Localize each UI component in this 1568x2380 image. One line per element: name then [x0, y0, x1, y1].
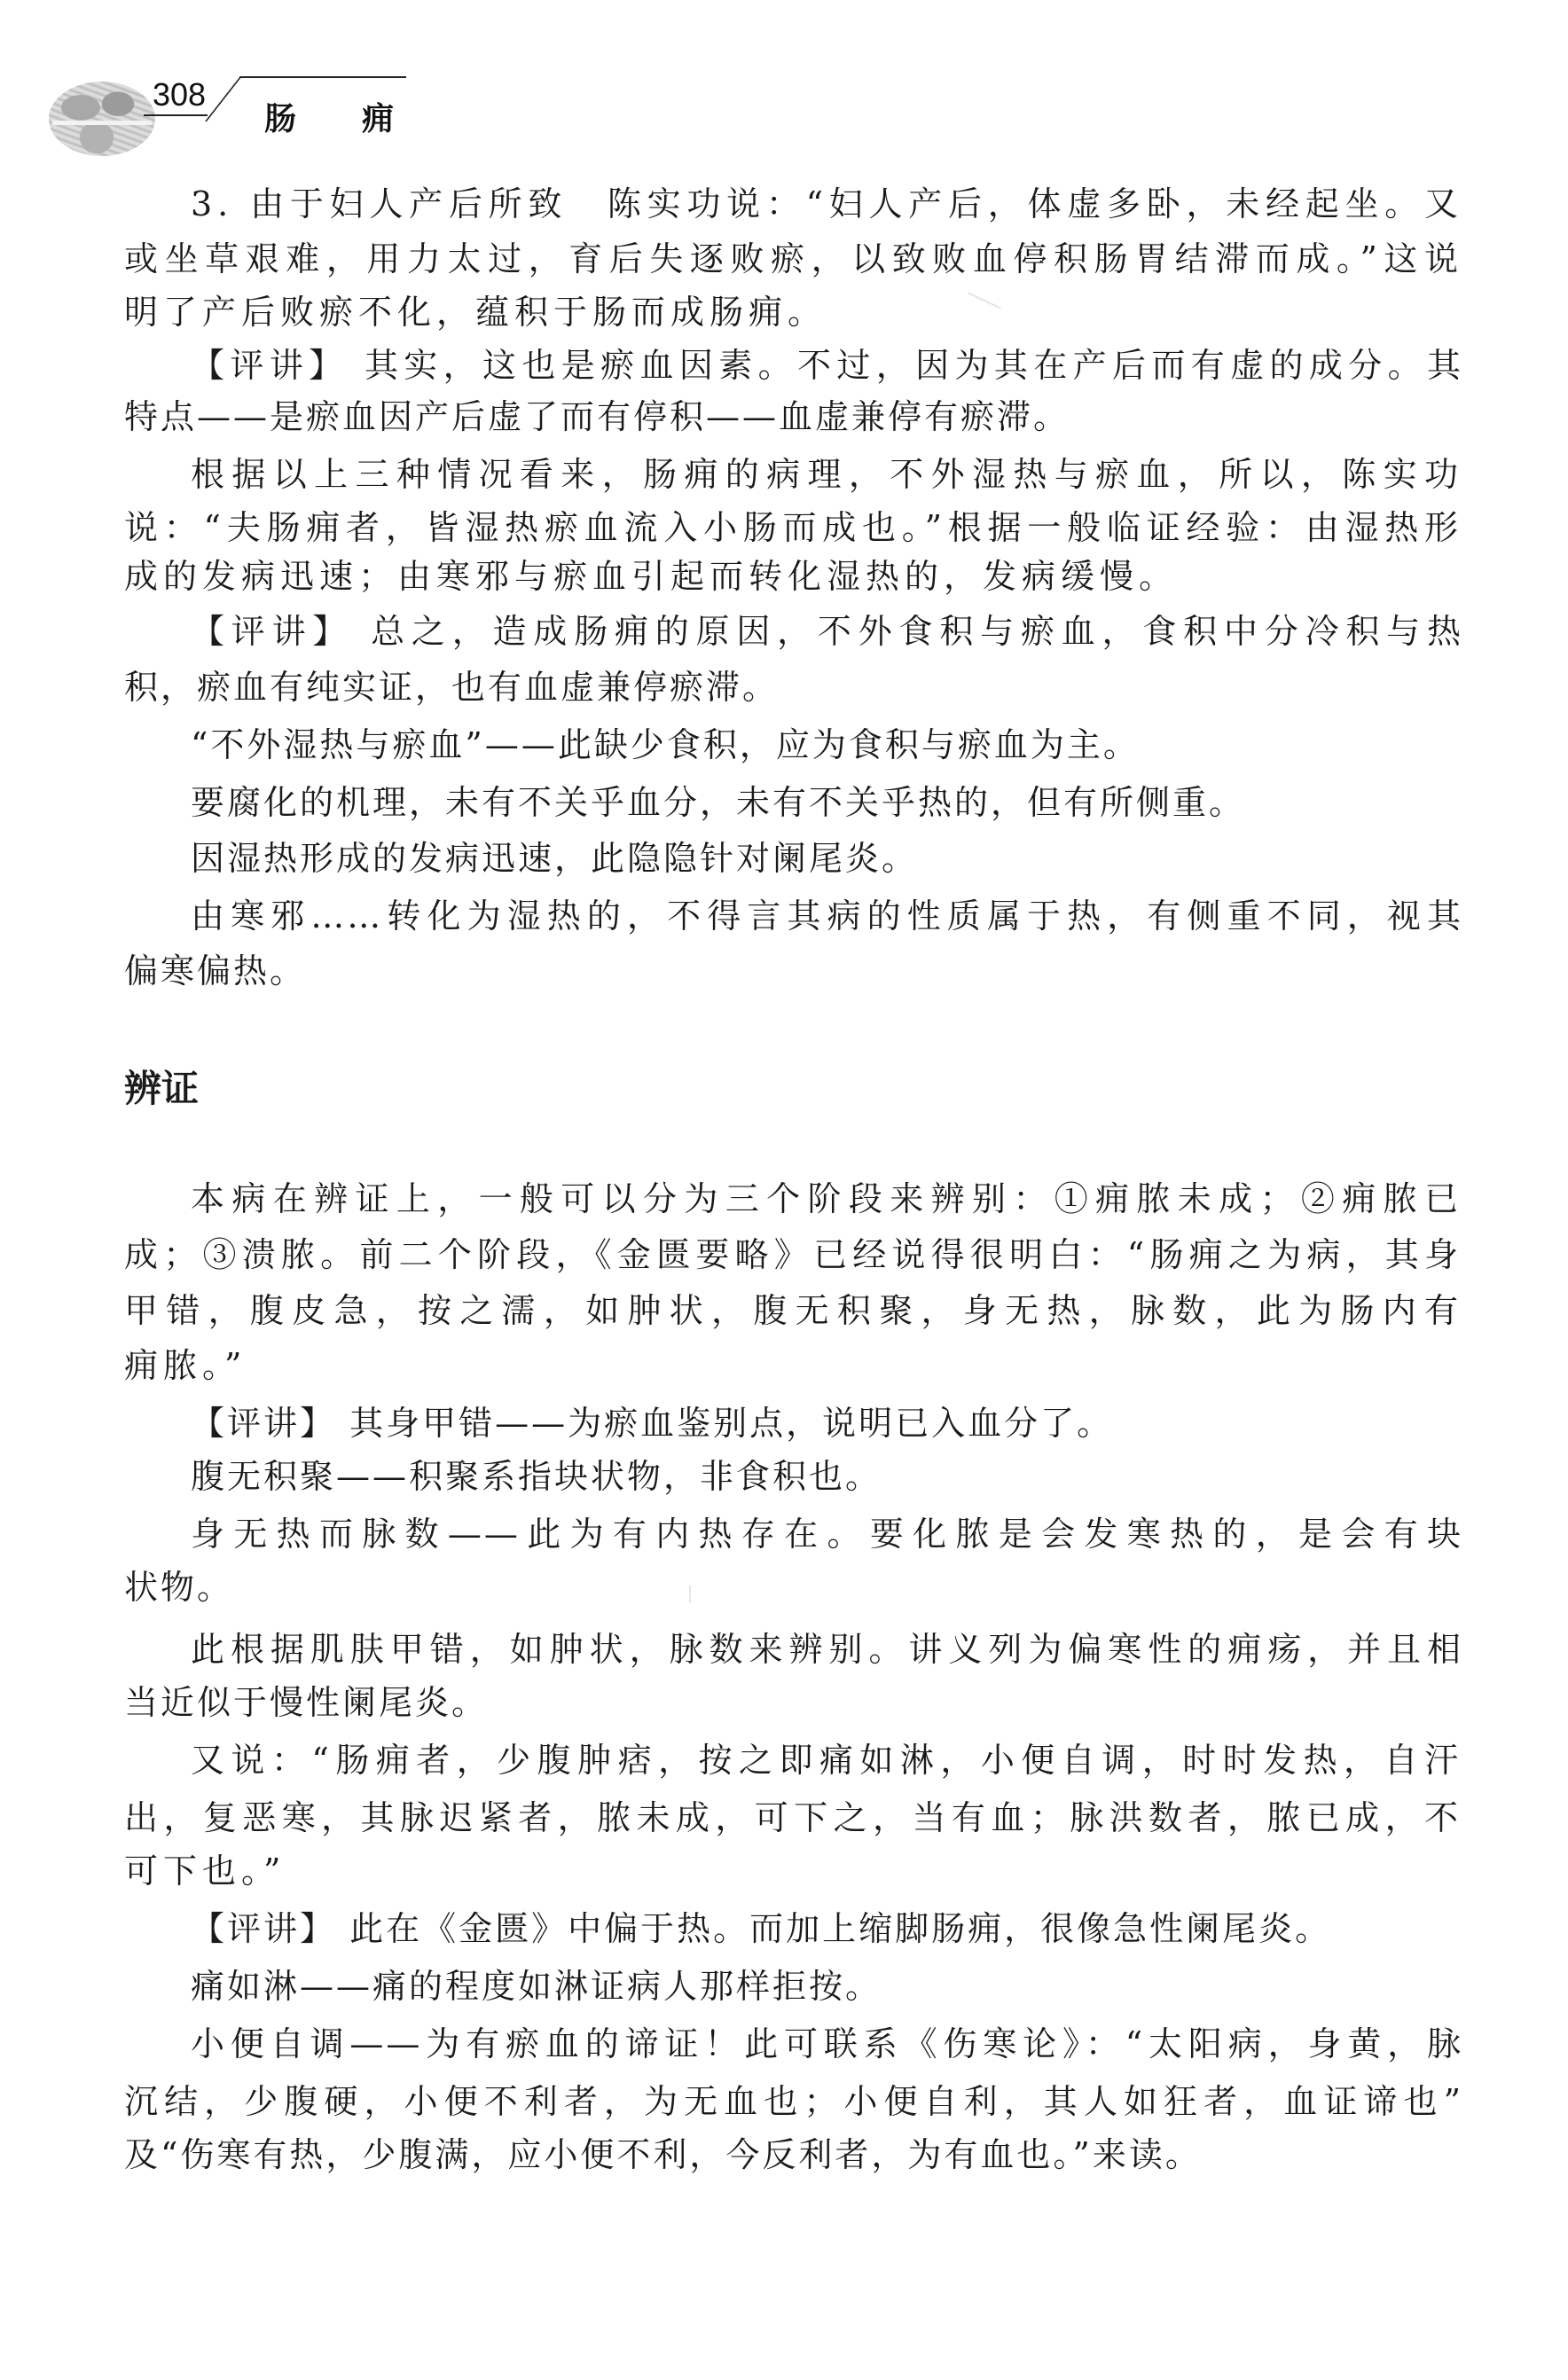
page-number: 308: [153, 76, 206, 114]
commentary-line: 因湿热形成的发病迅速，此隐隐针对阑尾炎。: [191, 836, 1463, 881]
running-title-char-1: 肠: [264, 94, 296, 139]
paragraph-line: 本病在辨证上，一般可以分为三个阶段来辨别：①痈脓未成；②痈脓已: [191, 1177, 1463, 1221]
paragraph-line: 成；③溃脓。前二个阶段，《金匮要略》已经说得很明白：“肠痈之为病，其身: [124, 1233, 1463, 1277]
commentary-line: 【评讲】 其实，这也是瘀血因素。不过，因为其在产后而有虚的成分。其: [191, 343, 1463, 388]
landscape-emblem-icon: [49, 82, 155, 156]
paragraph-line: 或坐草艰难，用力太过，育后失逐败瘀，以致败血停积肠胃结滞而成。”这说: [124, 237, 1463, 281]
paragraph-line: 说：“夫肠痈者，皆湿热瘀血流入小肠而成也。”根据一般临证经验：由湿热形: [124, 505, 1463, 550]
commentary-line: 及“伤寒有热，少腹满，应小便不利，今反利者，为有血也。”来读。: [124, 2133, 1463, 2177]
paragraph-line: 甲错，腹皮急，按之濡，如肿状，腹无积聚，身无热，脉数，此为肠内有: [124, 1288, 1463, 1333]
commentary-line: “不外湿热与瘀血”——此缺少食积，应为食积与瘀血为主。: [191, 723, 1463, 767]
paragraph-line: 根据以上三种情况看来，肠痈的病理，不外湿热与瘀血，所以，陈实功: [191, 452, 1463, 497]
header-rule-lower: [144, 114, 208, 116]
commentary-line: 特点——是瘀血因产后虚了而有停积——血虚兼停有瘀滞。: [124, 395, 1463, 439]
scan-artifact: [689, 1585, 691, 1603]
header-rule-slant: [205, 77, 241, 121]
commentary-line: 当近似于慢性阑尾炎。: [124, 1680, 1463, 1725]
commentary-line: 由寒邪……转化为湿热的，不得言其病的性质属于热，有侧重不同，视其: [191, 894, 1463, 938]
commentary-line: 小便自调——为有瘀血的谛证！此可联系《伤寒论》：“太阳病，身黄，脉: [191, 2022, 1463, 2066]
running-title-char-2: 痈: [362, 94, 394, 139]
commentary-line: 积，瘀血有纯实证，也有血虚兼停瘀滞。: [124, 665, 1463, 709]
paragraph-line: 又说：“肠痈者，少腹肿痞，按之即痛如淋，小便自调，时时发热，自汗: [191, 1738, 1463, 1782]
paragraph-line: 出，复恶寒，其脉迟紧者，脓未成，可下之，当有血；脉洪数者，脓已成，不: [124, 1796, 1463, 1840]
paragraph-line: 明了产后败瘀不化，蕴积于肠而成肠痈。: [124, 290, 1463, 334]
commentary-line: 身无热而脉数——此为有内热存在。要化脓是会发寒热的，是会有块: [191, 1512, 1463, 1556]
commentary-line: 【评讲】 其身甲错——为瘀血鉴别点，说明已入血分了。: [191, 1401, 1463, 1445]
commentary-line: 腹无积聚——积聚系指块状物，非食积也。: [191, 1454, 1463, 1499]
paragraph-line: 可下也。”: [124, 1849, 1463, 1893]
commentary-line: 【评讲】 总之，造成肠痈的原因，不外食积与瘀血，食积中分冷积与热: [191, 609, 1463, 654]
header-rule-upper: [239, 76, 406, 78]
commentary-line: 偏寒偏热。: [124, 949, 1463, 993]
paragraph-line: 3. 由于妇人产后所致 陈实功说：“妇人产后，体虚多卧，未经起坐。又: [191, 182, 1463, 226]
commentary-line: 要腐化的机理，未有不关乎血分，未有不关乎热的，但有所侧重。: [191, 780, 1463, 825]
page-header: 308 肠 痈: [0, 0, 1568, 177]
commentary-line: 此根据肌肤甲错，如肿状，脉数来辨别。讲义列为偏寒性的痈疡，并且相: [191, 1627, 1463, 1671]
commentary-line: 沉结，少腹硬，小便不利者，为无血也；小便自利，其人如狂者，血证谛也”: [124, 2079, 1463, 2124]
paragraph-line: 痈脓。”: [124, 1343, 1463, 1388]
paragraph-line: 成的发病迅速；由寒邪与瘀血引起而转化湿热的，发病缓慢。: [124, 554, 1463, 599]
commentary-line: 痛如淋——痛的程度如淋证病人那样拒按。: [191, 1964, 1463, 2008]
commentary-line: 状物。: [124, 1565, 1463, 1609]
commentary-line: 【评讲】 此在《金匮》中偏于热。而加上缩脚肠痈，很像急性阑尾炎。: [191, 1906, 1463, 1951]
section-heading: 辨证: [124, 1067, 199, 1111]
